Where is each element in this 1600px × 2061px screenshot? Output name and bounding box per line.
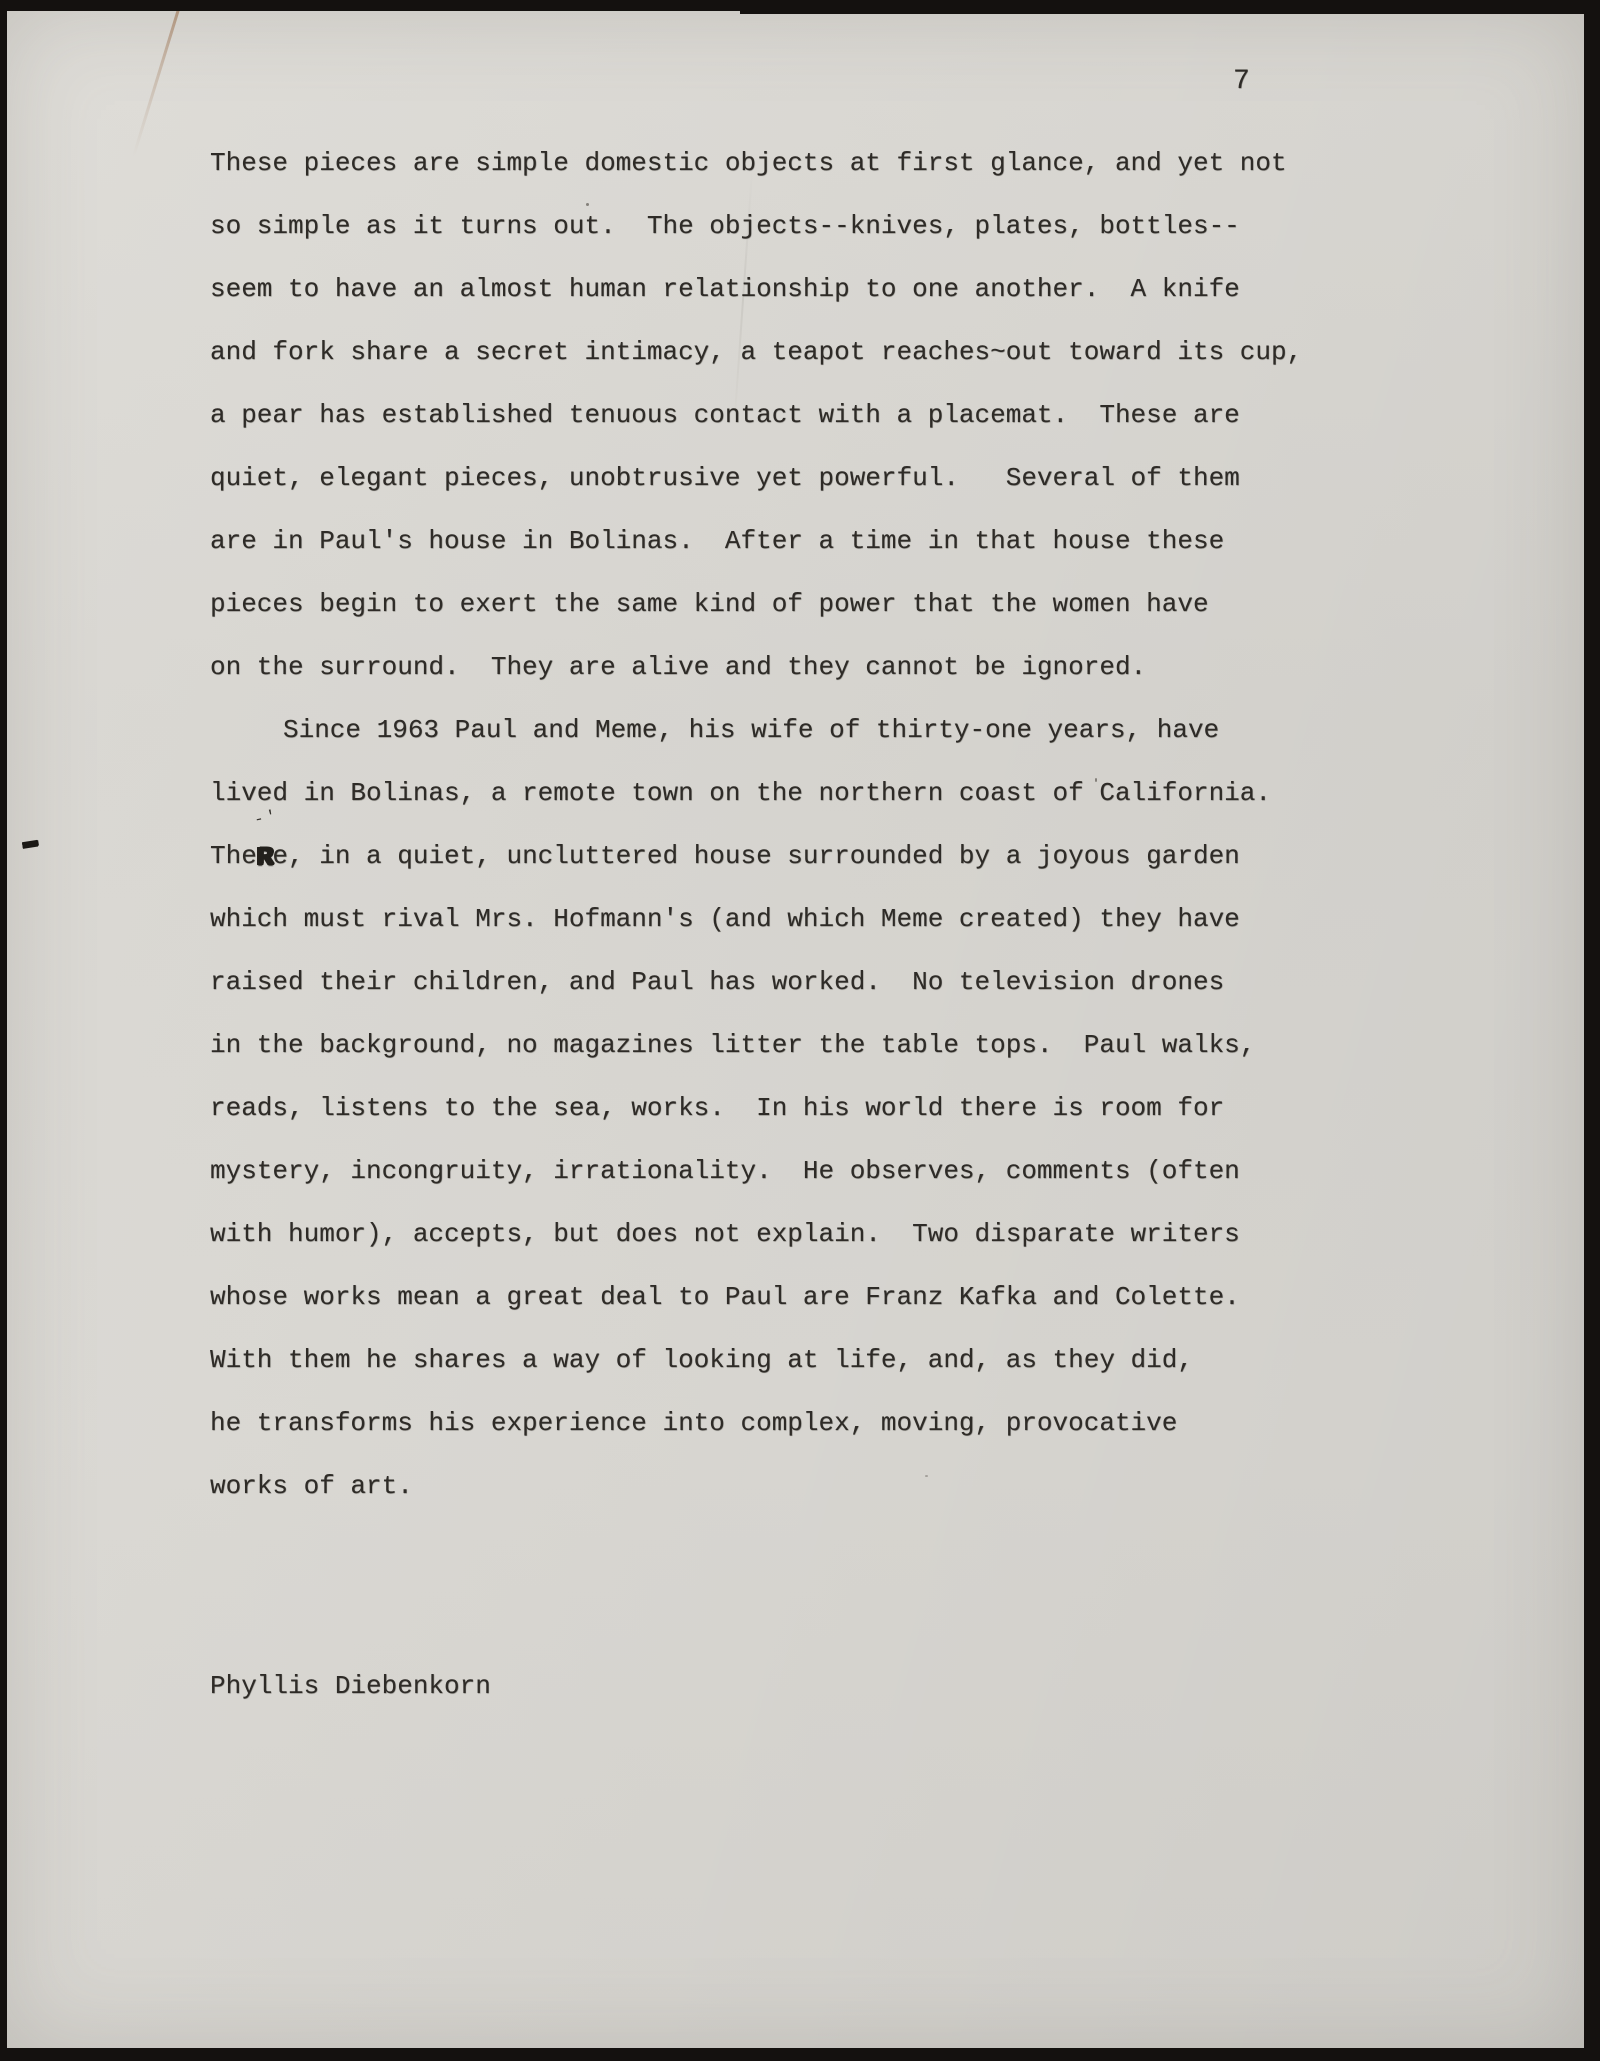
text-line: are in Paul's house in Bolinas. After a … [210, 510, 1380, 573]
text-line: he transforms his experience into comple… [210, 1392, 1380, 1455]
text-line: lived in Bolinas, a remote town on the n… [210, 762, 1380, 825]
text-line: raised their children, and Paul has work… [210, 951, 1380, 1014]
overstrike-blot: R [256, 826, 273, 889]
margin-dash-mark: - [11, 820, 50, 870]
text-line: whose works mean a great deal to Paul ar… [210, 1266, 1380, 1329]
text-line: These pieces are simple domestic objects… [210, 132, 1380, 195]
scan-border-right [1584, 0, 1600, 2061]
stray-ink-marks: -' [253, 808, 281, 829]
author-signature-line: Phyllis Diebenkorn [210, 1655, 491, 1718]
text-line: pieces begin to exert the same kind of p… [210, 573, 1380, 636]
scanned-document: 7 - These pieces are simple domestic obj… [0, 0, 1600, 2061]
text-line: so simple as it turns out. The objects--… [210, 195, 1380, 258]
page-number: 7 [1233, 62, 1250, 102]
text-line: works of art. [210, 1455, 1380, 1518]
text-line: in the background, no magazines litter t… [210, 1014, 1380, 1077]
text-line: quiet, elegant pieces, unobtrusive yet p… [210, 447, 1380, 510]
text-line-paragraph-start: Since 1963 Paul and Meme, his wife of th… [210, 699, 1380, 762]
scan-border-left [0, 0, 7, 2061]
text-line: mystery, incongruity, irrationality. He … [210, 1140, 1380, 1203]
text-line: With them he shares a way of looking at … [210, 1329, 1380, 1392]
typed-text-block: These pieces are simple domestic objects… [210, 132, 1380, 1518]
text-line: a pear has established tenuous contact w… [210, 384, 1380, 447]
typo-post-text: e, in a quiet, uncluttered house surroun… [272, 841, 1239, 871]
text-line: and fork share a secret intimacy, a teap… [210, 321, 1380, 384]
text-line: with humor), accepts, but does not expla… [210, 1203, 1380, 1266]
text-line: reads, listens to the sea, works. In his… [210, 1077, 1380, 1140]
typo-pre-text: The [210, 841, 257, 871]
text-line: on the surround. They are alive and they… [210, 636, 1380, 699]
text-line-with-overstrike: TheR-'e, in a quiet, uncluttered house s… [210, 825, 1380, 888]
text-line: which must rival Mrs. Hofmann's (and whi… [210, 888, 1380, 951]
scan-border-bottom [0, 2048, 1600, 2061]
text-line: seem to have an almost human relationshi… [210, 258, 1380, 321]
scan-border-top-right [740, 0, 1600, 14]
